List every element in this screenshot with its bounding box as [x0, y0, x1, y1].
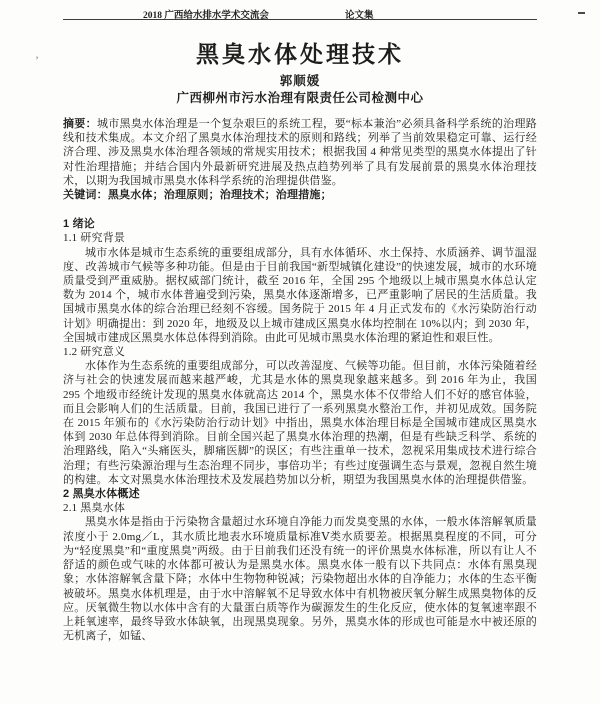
paper-affiliation: 广西柳州市污水治理有限责任公司检测中心 [63, 91, 537, 106]
section-heading-1: 1 绪论 [63, 217, 537, 231]
section-heading-2-1: 2.1 黑臭水体 [63, 501, 537, 515]
page-header: 2018 广西给水排水学术交流会 论文集 [63, 6, 537, 20]
abstract-label: 摘要： [63, 118, 97, 130]
paper-title: 黑臭水体处理技术 [63, 41, 537, 67]
scan-artifact-mark: ’ [35, 53, 39, 68]
header-proceedings-label: 论文集 [345, 7, 374, 21]
section-heading-2: 2 黑臭水体概述 [63, 487, 537, 501]
section-heading-1-2: 1.2 研究意义 [63, 345, 537, 359]
scan-artifact-dash [578, 12, 585, 14]
paper-page: ’ 2018 广西给水排水学术交流会 论文集 黑臭水体处理技术 郭顺媛 广西柳州… [0, 0, 600, 704]
abstract-text: 城市黑臭水体治理是一个复杂艰巨的系统工程，要“标本兼治”必须具备科学系统的治理路… [63, 118, 537, 187]
keywords-label: 关键词： [63, 189, 108, 201]
keywords-line: 关键词：黑臭水体；治理原则；治理技术；治理措施； [63, 188, 537, 202]
page-content: 2018 广西给水排水学术交流会 论文集 黑臭水体处理技术 郭顺媛 广西柳州市污… [63, 6, 537, 643]
keywords-text: 黑臭水体；治理原则；治理技术；治理措施； [108, 189, 332, 201]
abstract-paragraph: 摘要：城市黑臭水体治理是一个复杂艰巨的系统工程，要“标本兼治”必须具备科学系统的… [63, 117, 537, 188]
header-conference-name: 2018 广西给水排水学术交流会 [143, 7, 269, 21]
section-1-1-paragraph: 城市水体是城市生态系统的重要组成部分，具有水体循环、水土保持、水质涵养、调节温湿… [63, 246, 537, 345]
section-1-2-paragraph: 水体作为生态系统的重要组成部分，可以改善湿度、气候等功能。但目前，水体污染随着经… [63, 359, 537, 487]
paper-author: 郭顺媛 [63, 74, 537, 88]
section-2-1-paragraph: 黑臭水体是指由于污染物含量超过水环境自净能力而发臭变黑的水体，一般水体溶解氧质量… [63, 515, 537, 643]
section-heading-1-1: 1.1 研究背景 [63, 231, 537, 245]
